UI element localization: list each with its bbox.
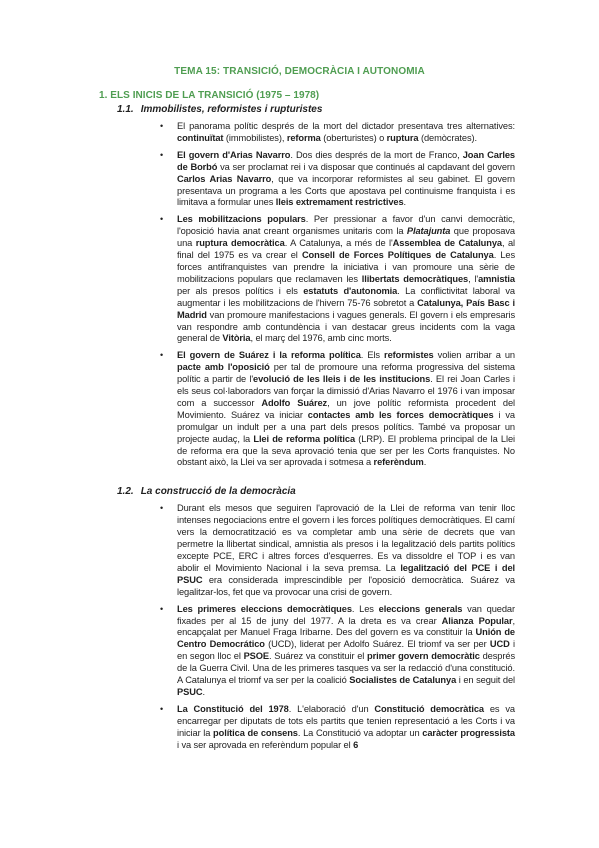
text-run: . xyxy=(424,457,426,467)
text-run: va ser proclamat rei i va disposar que c… xyxy=(217,162,515,172)
bullet-icon: • xyxy=(160,121,177,145)
subsection-title: Immobilistes, reformistes i rupturistes xyxy=(141,104,323,115)
text-run: i en seguit del xyxy=(456,675,515,685)
text-run: (UCD), liderat per Adolfo Suárez. El tri… xyxy=(265,639,490,649)
bullet-text: Durant els mesos que seguiren l'aprovaci… xyxy=(177,503,515,598)
text-run: Socialistes de Catalunya xyxy=(349,675,456,685)
text-run: PSUC xyxy=(177,687,202,697)
text-run: 6 xyxy=(353,740,358,750)
text-run: El govern d'Arias Navarro xyxy=(177,150,290,160)
text-run: Assemblea de Catalunya xyxy=(393,238,502,248)
subsection-title: La construcció de la democràcia xyxy=(141,486,296,497)
bullet-icon: • xyxy=(160,214,177,345)
text-run: ruptura democràtica xyxy=(196,238,285,248)
bullet-text: La Constitució del 1978. L'elaboració d'… xyxy=(177,704,515,752)
text-run: (immobilistes), xyxy=(223,133,286,143)
text-run: La Constitució del 1978 xyxy=(177,704,289,714)
bullet-icon: • xyxy=(160,704,177,752)
bullet-text: El panorama polític després de la mort d… xyxy=(177,121,515,145)
bullet-list: •Durant els mesos que seguiren l'aprovac… xyxy=(0,503,599,751)
bullet-icon: • xyxy=(160,350,177,469)
text-run: . xyxy=(202,687,204,697)
text-run: . Els xyxy=(361,350,384,360)
text-run: Les primeres eleccions democràtiques xyxy=(177,604,352,614)
text-run: amnistia xyxy=(478,274,515,284)
text-run: . Dos dies després de la mort de Franco, xyxy=(290,150,462,160)
text-run: evolució de les lleis i de les instituci… xyxy=(253,374,430,384)
section-heading: 1. ELS INICIS DE LA TRANSICIÓ (1975 – 19… xyxy=(99,90,559,101)
text-run: (oberturistes) o xyxy=(321,133,387,143)
text-run: . Suárez va constituir el xyxy=(269,651,367,661)
text-run: continuïtat xyxy=(177,133,223,143)
bullet-text: Les mobilitzacions populars. Per pressio… xyxy=(177,214,515,345)
text-run: referèndum xyxy=(374,457,424,467)
text-run: contactes amb les forces democràtiques xyxy=(308,410,494,420)
text-run: . A Catalunya, a més de l' xyxy=(285,238,393,248)
bullet-item: •El govern de Suárez i la reforma políti… xyxy=(160,350,599,469)
text-run: política de consens xyxy=(213,728,298,738)
bullet-item: •La Constitució del 1978. L'elaboració d… xyxy=(160,704,599,752)
bullet-item: •Durant els mesos que seguiren l'aprovac… xyxy=(160,503,599,598)
text-run: . L'elaboració d'un xyxy=(289,704,375,714)
text-run: El panorama polític després de la mort d… xyxy=(177,121,515,131)
text-run: primer govern democràtic xyxy=(367,651,480,661)
bullet-text: Les primeres eleccions democràtiques. Le… xyxy=(177,604,515,699)
text-run: PSOE xyxy=(244,651,269,661)
document-page: TEMA 15: TRANSICIÓ, DEMOCRÀCIA I AUTONOM… xyxy=(0,0,599,848)
bullet-icon: • xyxy=(160,150,177,210)
text-run: lleis extremament restrictives xyxy=(276,197,404,207)
text-run: era considerada imprescindible per l'opo… xyxy=(177,575,515,597)
subsection-heading: 1.1.Immobilistes, reformistes i rupturis… xyxy=(117,104,559,115)
text-run: . Les xyxy=(352,604,379,614)
text-run: Les mobilitzacions populars xyxy=(177,214,306,224)
subsection-number: 1.1. xyxy=(117,104,134,115)
text-run: pacte amb l'oposició xyxy=(177,362,270,372)
text-run: reforma xyxy=(287,133,321,143)
text-run: ruptura xyxy=(387,133,419,143)
bullet-icon: • xyxy=(160,604,177,699)
text-run: volien arribar a un xyxy=(434,350,515,360)
text-run: per als presos polítics i els xyxy=(177,286,303,296)
subsection-heading: 1.2.La construcció de la democràcia xyxy=(117,486,559,497)
subsection-gap xyxy=(0,474,599,483)
text-run: Adolfo Suárez xyxy=(261,398,327,408)
text-run: estatuts d'autonomia xyxy=(303,286,397,296)
text-run: Constitució democràtica xyxy=(374,704,484,714)
bullet-item: •Les mobilitzacions populars. Per pressi… xyxy=(160,214,599,345)
text-run: Platajunta xyxy=(407,226,450,236)
bullet-item: •El panorama polític després de la mort … xyxy=(160,121,599,145)
text-run: . xyxy=(404,197,406,207)
text-run: Alianza Popular xyxy=(442,616,513,626)
subsection-number: 1.2. xyxy=(117,486,134,497)
text-run: Llei de reforma política xyxy=(253,434,355,444)
text-run: , el març del 1976, amb cinc morts. xyxy=(250,333,391,343)
bullet-list: •El panorama polític després de la mort … xyxy=(0,121,599,469)
text-run: i va ser aprovada en referèndum popular … xyxy=(177,740,353,750)
text-run: UCD xyxy=(490,639,510,649)
text-run: . La Constitució va adoptar un xyxy=(298,728,422,738)
subsection-gap xyxy=(0,757,599,766)
subsections-container: 1.1.Immobilistes, reformistes i rupturis… xyxy=(0,104,599,766)
document-title: TEMA 15: TRANSICIÓ, DEMOCRÀCIA I AUTONOM… xyxy=(40,66,559,77)
bullet-item: •El govern d'Arias Navarro. Dos dies des… xyxy=(160,150,599,210)
text-run: Vitòria xyxy=(222,333,250,343)
text-run: llibertats democràtiques xyxy=(362,274,468,284)
text-run: reformistes xyxy=(384,350,434,360)
bullet-text: El govern d'Arias Navarro. Dos dies desp… xyxy=(177,150,515,210)
text-run: (demòcrates). xyxy=(418,133,477,143)
text-run: Carlos Arias Navarro xyxy=(177,174,271,184)
bullet-text: El govern de Suárez i la reforma polític… xyxy=(177,350,515,469)
text-run: Consell de Forces Polítiques de Cataluny… xyxy=(302,250,494,260)
text-run: El govern de Suárez i la reforma polític… xyxy=(177,350,361,360)
text-run: caràcter progressista xyxy=(422,728,515,738)
bullet-item: •Les primeres eleccions democràtiques. L… xyxy=(160,604,599,699)
text-run: , l' xyxy=(468,274,478,284)
text-run: eleccions generals xyxy=(379,604,463,614)
bullet-icon: • xyxy=(160,503,177,598)
